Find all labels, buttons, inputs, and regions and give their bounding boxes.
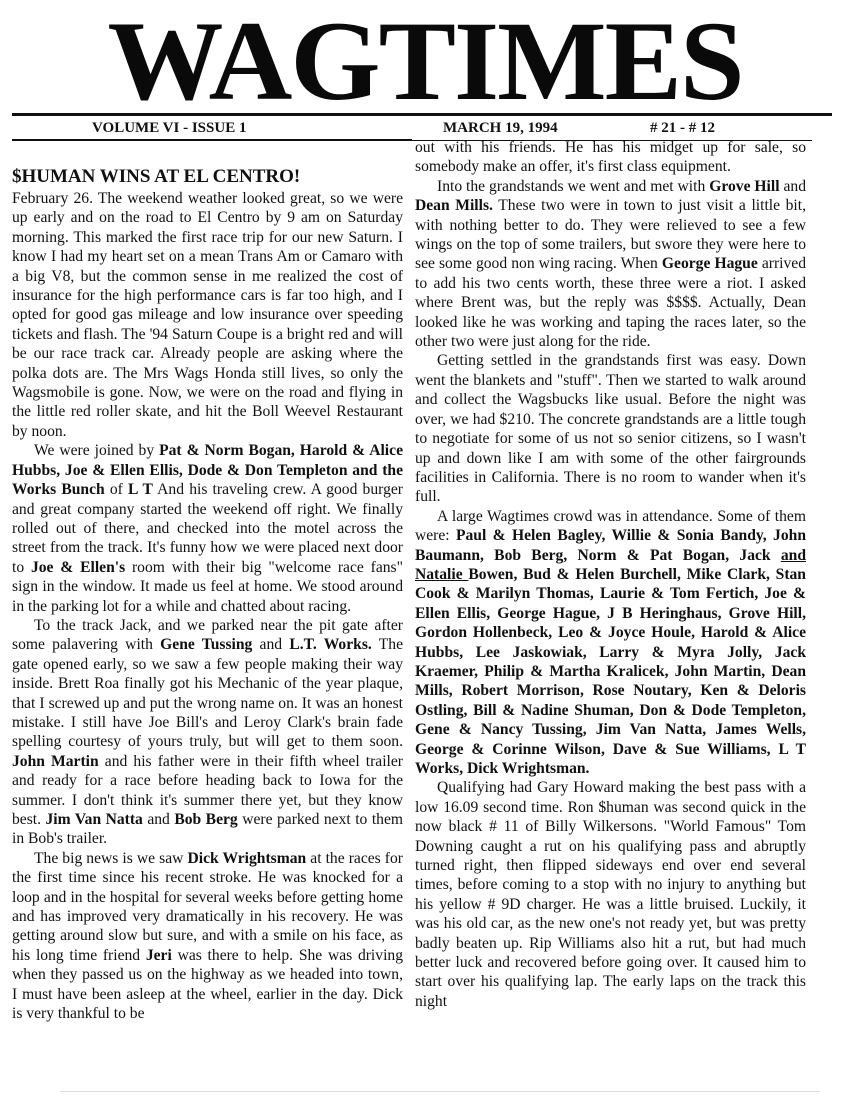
volume-issue: VOLUME VI - ISSUE 1 [92, 120, 246, 137]
bold-names: Jim Van Natta [46, 811, 143, 828]
bold-names: L T [128, 481, 153, 498]
text: and [252, 636, 289, 653]
text: The big news is we saw [34, 850, 187, 867]
paragraph: February 26. The weekend weather looked … [12, 189, 403, 441]
issue-bar: VOLUME VI - ISSUE 1 MARCH 19, 1994 # 21 … [0, 120, 850, 138]
bold-names: Dean Mills. [415, 197, 493, 214]
paragraph: To the track Jack, and we parked near th… [12, 616, 403, 849]
paragraph: Into the grandstands we went and met wit… [415, 177, 806, 352]
bold-names: John Martin [12, 753, 99, 770]
issue-date: MARCH 19, 1994 [443, 120, 558, 137]
footer-rule [60, 1091, 820, 1092]
bold-names: L.T. Works. [289, 636, 371, 653]
bold-names: Gene Tussing [160, 636, 252, 653]
paragraph: The big news is we saw Dick Wrightsman a… [12, 849, 403, 1024]
article-headline: $HUMAN WINS AT EL CENTRO! [12, 166, 403, 188]
paragraph: A large Wagtimes crowd was in attendance… [415, 507, 806, 779]
masthead-title: WAGTIMES [0, 7, 850, 117]
bold-names: Dick Wrightsman [187, 850, 306, 867]
bold-names: Joe & Ellen's [31, 559, 125, 576]
paragraph: out with his friends. He has his midget … [415, 138, 806, 177]
paragraph: Qualifying had Gary Howard making the be… [415, 778, 806, 1011]
issue-numbers: # 21 - # 12 [650, 120, 715, 137]
bold-names: Grove Hill [709, 178, 779, 195]
masthead-rule-top [12, 113, 832, 116]
attendee-list: Paul & Helen Bagley, Willie & Sonia Band… [415, 527, 806, 563]
text: of [105, 481, 128, 498]
text: The gate opened early, so we saw a few p… [12, 636, 403, 750]
bold-names: Bob Berg [174, 811, 237, 828]
text: We were joined by [34, 442, 159, 459]
bold-names: George Hague [662, 255, 758, 272]
text: and [780, 178, 806, 195]
paragraph: Getting settled in the grandstands first… [415, 351, 806, 506]
right-column: out with his friends. He has his midget … [415, 138, 806, 1011]
text: and [143, 811, 174, 828]
text: Into the grandstands we went and met wit… [437, 178, 709, 195]
attendee-list: Bowen, Bud & Helen Burchell, Mike Clark,… [415, 566, 806, 777]
masthead-rule-bottom [12, 139, 412, 141]
bold-names: Jeri [146, 947, 172, 964]
left-column: $HUMAN WINS AT EL CENTRO! February 26. T… [12, 166, 403, 1023]
paragraph: We were joined by Pat & Norm Bogan, Haro… [12, 441, 403, 616]
